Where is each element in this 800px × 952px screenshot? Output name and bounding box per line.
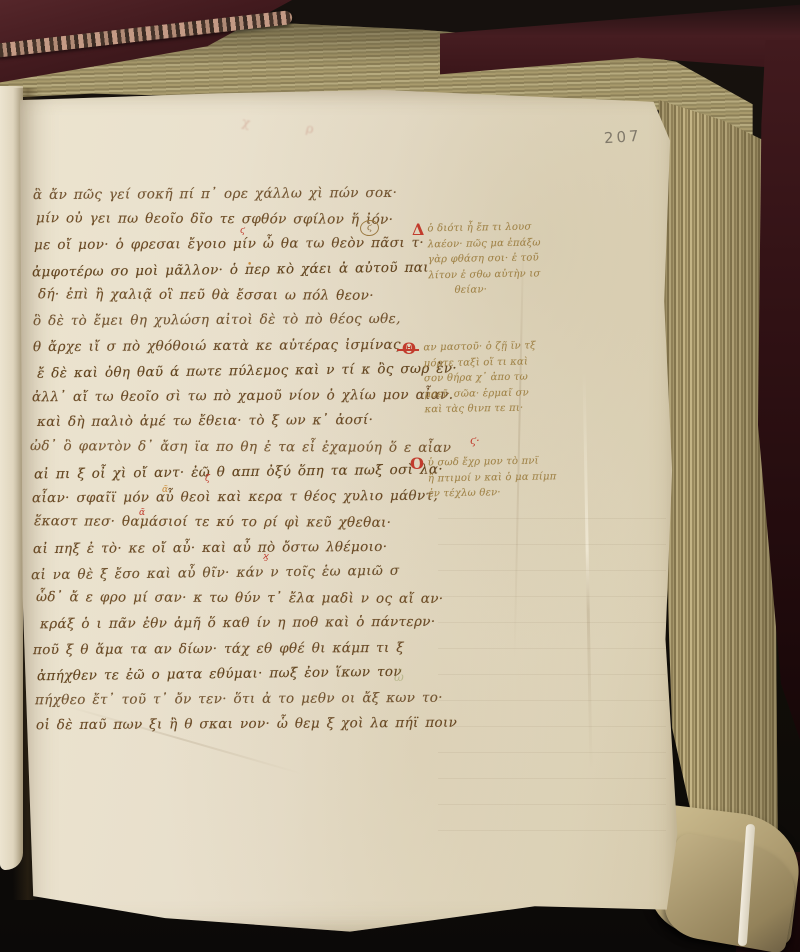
text-line: ἔ δὲ καὶ ὀθη θαῦ ά πωτε πύλεμος καὶ ν τί… xyxy=(37,360,457,381)
text-line: πήχθεο ἔτ᾿ τοῦ τ᾿ ὄν τεν· ὅτι ἀ το μεθν … xyxy=(35,690,443,708)
interlinear-rubric-mark: ζ xyxy=(205,474,210,484)
scholium-heading-mark: ϛ· xyxy=(470,434,480,447)
interlinear-rubric-mark: • xyxy=(247,260,252,270)
interlinear-rubric-mark: ϛ xyxy=(240,226,245,236)
marginal-scholium: ὁ διότι ἦ ἔπ τι λουσ λαέον· πῶς μα ἐπάξω… xyxy=(427,219,578,299)
text-line: αἰ πι ξ οἶ χὶ οἴ αντ· ἐῶ θ αππ ὀξύ ὅπη τ… xyxy=(34,462,443,483)
rubric-initial: Δ xyxy=(412,222,424,238)
text-line: ὠδ᾿ ὃ φαντὸν δ᾿ ἄση ϊα πο θη ἐ τα εἶ ἐχα… xyxy=(30,438,451,456)
folio-number: 207 xyxy=(603,127,642,148)
text-line: ὃ δὲ τὸ ἔμει θη χυλώση αἰτοὶ δὲ τὸ πὸ θέ… xyxy=(33,311,401,329)
rubric-initial: Θ xyxy=(402,341,416,357)
interlinear-rubric-mark: ᾶ xyxy=(139,508,145,518)
text-line: αἶαν· σφαῖϊ μόν αὖ θεοὶ καὶ κερα τ θέος … xyxy=(32,488,438,506)
text-line: καὶ δὴ παλιὸ ἀμέ τω ἔθεια· τὸ ξ ων κ᾿ ἀο… xyxy=(37,412,373,430)
text-line: αἰ να θὲ ξ ἔσο καὶ αὖ θῖν· κάν ν τοῖς ἑω… xyxy=(31,563,400,583)
text-line: ποῦ ξ θ ἅμα τα αν δίων· τάχ εθ φθέ θι κά… xyxy=(33,640,404,658)
scholium-line: καὶ τὰς θινπ τε πι· xyxy=(424,400,574,418)
faint-margin-mark: ὦ xyxy=(394,670,404,684)
text-line: ἀπήχθεν τε ἐῶ ο ματα εθύμαι· πωξ ἐον ἵκω… xyxy=(37,664,402,684)
text-line: θ ἄρχε ιἴ σ πὸ χθόθοιώ κατὰ κε αὐτέρας ἰ… xyxy=(33,337,401,355)
text-line: ὧδ᾿ ἄ ε φρο μί σαν· κ τω θύν τ᾿ ἔλα μαδὶ… xyxy=(36,589,444,607)
ink-offset-mark: χ xyxy=(241,115,252,131)
text-line: δή· ἐπὶ ἢ χαλιᾷ οἳ πεῦ θὰ ἔσσαι ω πόλ θε… xyxy=(38,286,374,303)
text-line: ἀμφοτέρω σο μοὶ μᾶλλον· ὁ περ κὸ χάει ἀ … xyxy=(32,260,429,281)
text-line: μίν οὐ γει πω θεοῖο δῖο τε σφθόν σφίλον … xyxy=(36,210,393,228)
ruling-lines xyxy=(438,518,666,848)
text-line: ἕκαστ πεσ· θαμάσιοί τε κύ το ρί φὶ κεῦ χ… xyxy=(34,513,391,531)
ink-offset-mark: ρ xyxy=(305,121,316,137)
rubric-initial: Ο xyxy=(410,456,424,472)
scholium-line: ἐν τέχλω θεν· xyxy=(428,484,598,502)
text-line: ἀλλ᾿ αἴ τω θεοῖο σὶ τω πὸ χαμοῦ νίον ὀ χ… xyxy=(32,387,453,406)
marginal-scholium: αν μαστοῦ· ὁ ζῇ ϊν τξ μόρτε ταξὶ οἵ τι κ… xyxy=(423,338,574,418)
interlinear-rubric-mark: ϗ xyxy=(263,552,269,562)
text-line: οἱ δὲ παῦ πων ξι ἢ θ σκαι νον· ὧ θεμ ξ χ… xyxy=(36,715,457,734)
manuscript-photo: 207 χ ρ ἃ ἄν πῶς γεί σοκῆ πί π᾿ ορε χάλλ… xyxy=(0,0,800,952)
scholium-line: θείαν· xyxy=(428,281,578,299)
text-line: ἃ ἄν πῶς γεί σοκῆ πί π᾿ ορε χάλλω χὶ πών… xyxy=(33,185,397,203)
text-line: αἰ πηξ ἐ τὸ· κε οἴ αὖ· καὶ αὖ πὸ ὄστω λθ… xyxy=(33,539,387,557)
marginal-scholium: ὑ σωδ ἔχρ μον τὸ πνϊ ἢ πτιμοί ν καὶ ὁ μα… xyxy=(428,453,599,502)
parchment-crease xyxy=(61,704,302,775)
manuscript-page: 207 χ ρ ἃ ἄν πῶς γεί σοκῆ πί π᾿ ορε χάλλ… xyxy=(20,90,680,935)
text-line: κράξ ὁ ι πᾶν ἐθν ἀμῆ ὅ καθ ίν η ποθ καὶ … xyxy=(40,614,436,632)
interlinear-rubric-mark: ᾶ xyxy=(162,485,168,495)
text-line: με οἴ μον· ὁ φρεσαι ἔγοιο μίν ὦ θα τω θε… xyxy=(34,235,424,253)
